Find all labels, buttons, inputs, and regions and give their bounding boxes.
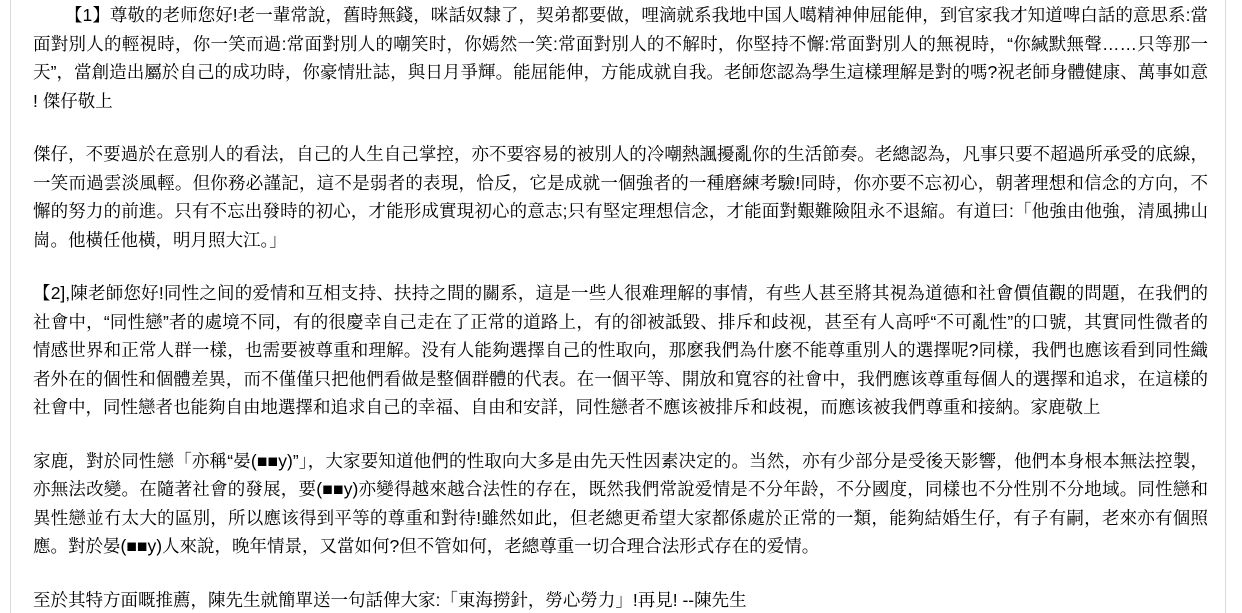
paragraph-letter-2: 【2],陳老師您好!同性之间的爱情和互相支持、扶持之間的關系，這是一些人很难理解…	[33, 279, 1208, 422]
paragraph-letter-1: 【1】尊敬的老师您好!老一輩常說，舊時無錢，咪話奴隸了，契弟都要做，哩滴就系我地…	[33, 1, 1208, 115]
paragraph-reply-2: 家鹿，對於同性戀「亦稱“晏(■■y)”」，大家要知道他們的性取向大多是由先天性因…	[33, 447, 1208, 561]
document-text-column: 【1】尊敬的老师您好!老一輩常說，舊時無錢，咪話奴隸了，契弟都要做，哩滴就系我地…	[10, 0, 1226, 613]
paragraph-sign-off: 至於其特方面嘅推薦，陳先生就簡單送一句話俾大家:「東海撈針，勞心勞力」!再見! …	[33, 586, 1208, 613]
paragraph-reply-1: 傑仔，不要過於在意别人的看法，自己的人生自己掌控，亦不要容易的被別人的冷嘲熱諷擾…	[33, 140, 1208, 254]
